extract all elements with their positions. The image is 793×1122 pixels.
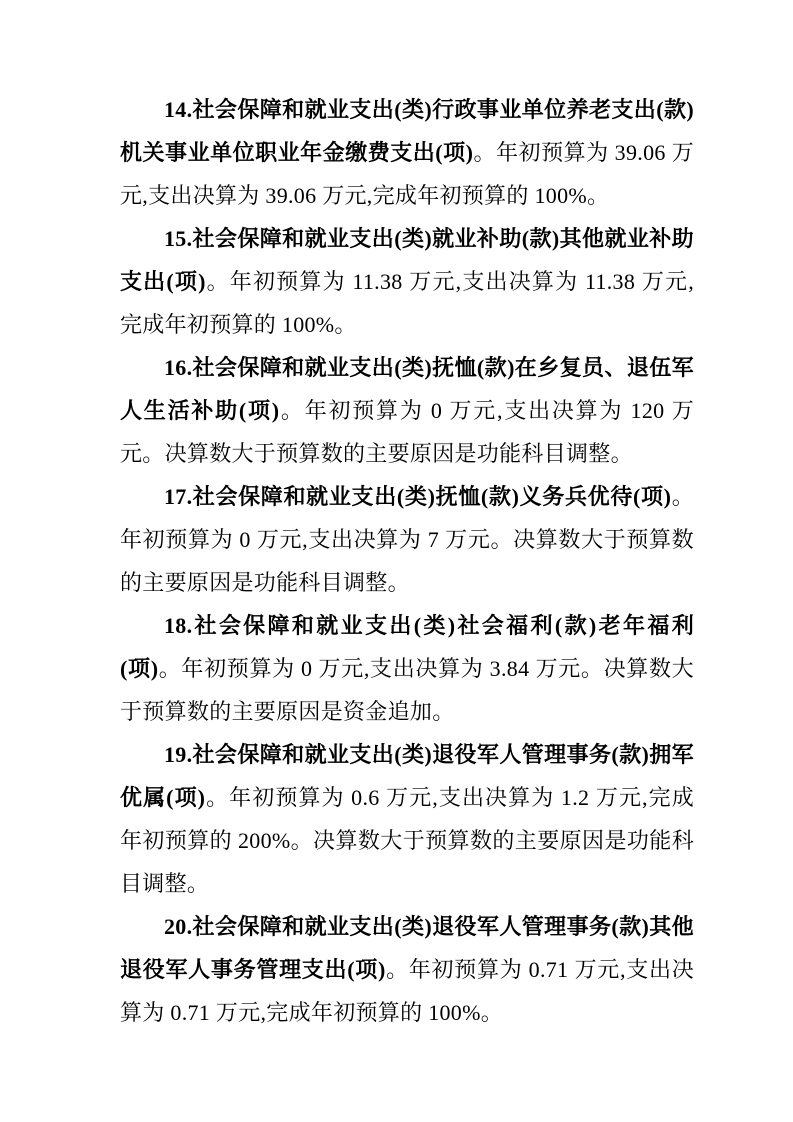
budget-item-18: 18.社会保障和就业支出(类)社会福利(款)老年福利(项)。年初预算为 0 万元… <box>120 604 694 733</box>
budget-item-19-body: 。年初预算为 0.6 万元,支出决算为 1.2 万元,完成年初预算的 200%。… <box>120 785 694 896</box>
budget-item-14: 14.社会保障和就业支出(类)行政事业单位养老支出(款)机关事业单位职业年金缴费… <box>120 88 694 217</box>
document-page: 14.社会保障和就业支出(类)行政事业单位养老支出(款)机关事业单位职业年金缴费… <box>0 0 793 1122</box>
budget-item-18-body: 。年初预算为 0 万元,支出决算为 3.84 万元。决算数大于预算数的主要原因是… <box>120 656 694 724</box>
budget-item-15: 15.社会保障和就业支出(类)就业补助(款)其他就业补助支出(项)。年初预算为 … <box>120 217 694 346</box>
budget-item-19: 19.社会保障和就业支出(类)退役军人管理事务(款)拥军优属(项)。年初预算为 … <box>120 733 694 905</box>
budget-item-17-heading: 17.社会保障和就业支出(类)抚恤(款)义务兵优待(项) <box>164 484 671 509</box>
budget-item-15-body: 。年初预算为 11.38 万元,支出决算为 11.38 万元,完成年初预算的 1… <box>120 269 694 337</box>
budget-item-17: 17.社会保障和就业支出(类)抚恤(款)义务兵优待(项)。年初预算为 0 万元,… <box>120 475 694 604</box>
budget-item-20: 20.社会保障和就业支出(类)退役军人管理事务(款)其他退役军人事务管理支出(项… <box>120 905 694 1034</box>
budget-item-16: 16.社会保障和就业支出(类)抚恤(款)在乡复员、退伍军人生活补助(项)。年初预… <box>120 346 694 475</box>
